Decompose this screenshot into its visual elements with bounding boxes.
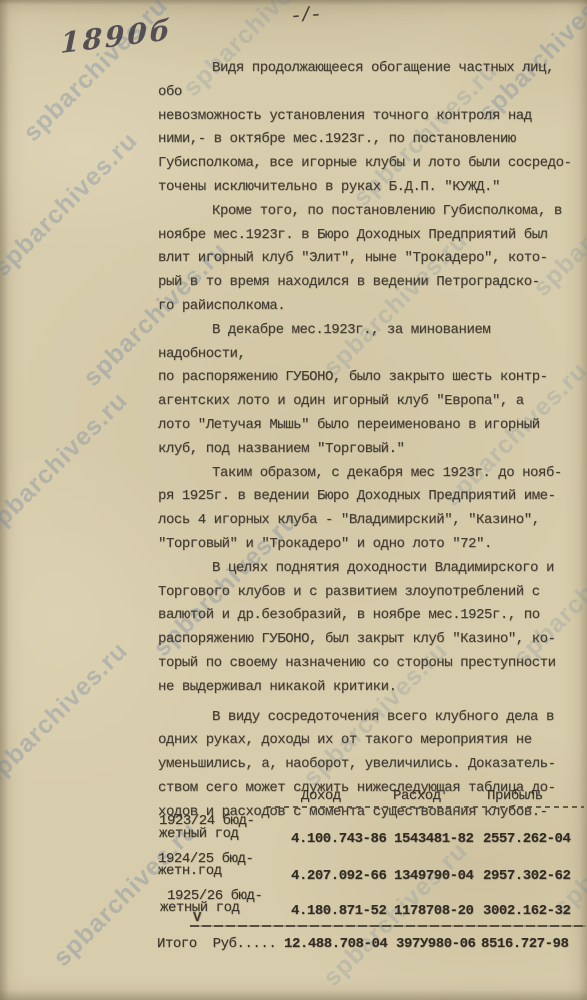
income-value: 4.180.871-52 <box>291 903 386 919</box>
column-header-income: Доход <box>301 788 341 804</box>
income-value: 4.100.743-86 <box>291 831 386 847</box>
total-separator-line <box>190 925 586 927</box>
total-income: 12.488.708-04 <box>284 936 387 952</box>
total-profit: 8516.727-98 <box>481 936 568 952</box>
finance-table: Доход Расход Прибыль 1923/24 бюд- жетный… <box>0 0 587 1000</box>
total-expense: 397У980-06 <box>396 936 476 952</box>
header-underline <box>266 806 584 808</box>
profit-value: 3002.162-32 <box>483 903 570 919</box>
document-page: spbarchives.ru spbarchives.ru spbarchive… <box>0 0 587 1000</box>
profit-value: 2957.302-62 <box>483 868 570 884</box>
row-label: жетный год <box>159 826 239 842</box>
expense-value: 1178708-20 <box>394 903 474 919</box>
total-label: Итого Руб..... <box>157 936 276 952</box>
row-label: жетн.год <box>158 863 222 879</box>
check-mark: V <box>193 910 201 926</box>
column-header-profit: Прибыль <box>487 788 543 804</box>
income-value: 4.207.092-66 <box>291 868 386 884</box>
expense-value: 1543481-82 <box>394 831 474 847</box>
profit-value: 2557.262-04 <box>483 831 570 847</box>
expense-value: 1349790-04 <box>394 868 474 884</box>
column-header-expense: Расход <box>393 788 441 804</box>
